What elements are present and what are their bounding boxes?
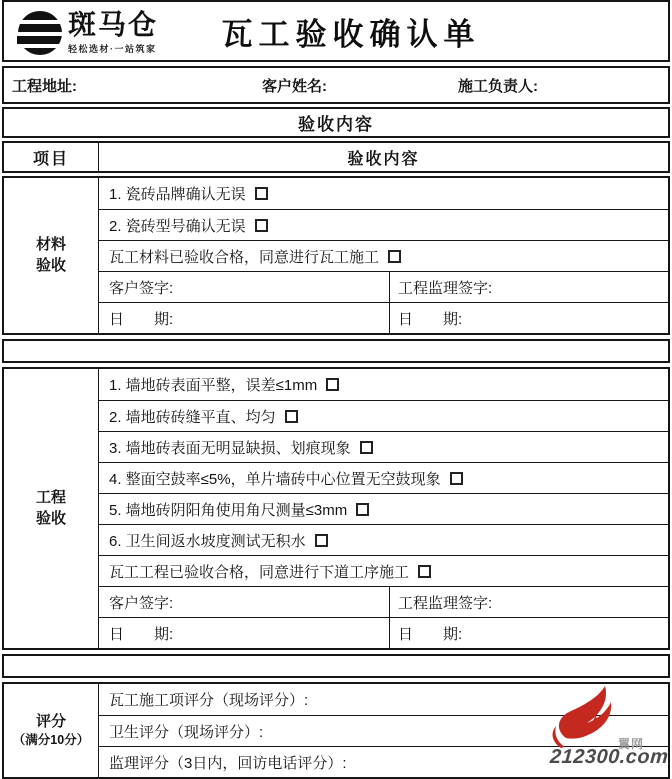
material-check-item: 2. 瓷砖型号确认无误 <box>99 209 668 240</box>
checkbox-icon[interactable] <box>388 250 401 263</box>
brand-logo: 斑马仓 轻松选材·一站筑家 <box>17 10 158 61</box>
construction-manager-field[interactable]: 施工负责人: <box>450 75 668 96</box>
checkbox-icon[interactable] <box>285 410 298 423</box>
material-acceptance-section: 材料 验收 1. 瓷砖品牌确认无误 2. 瓷砖型号确认无误 瓦工材料已验收合格，… <box>2 176 670 335</box>
hygiene-score-field[interactable]: 卫生评分（现场评分）: <box>109 721 263 742</box>
material-date-row: 日 期: 日 期: <box>99 302 668 333</box>
engineering-check-item: 3. 墙地砖表面无明显缺损、划痕现象 <box>99 431 668 462</box>
engineering-signature-row: 客户签字: 工程监理签字: <box>99 586 668 617</box>
checkbox-icon[interactable] <box>360 441 373 454</box>
date-field[interactable]: 日 期: <box>389 303 668 333</box>
checkbox-icon[interactable] <box>326 378 339 391</box>
zebra-ball-icon <box>17 10 63 61</box>
material-approval-item: 瓦工材料已验收合格，同意进行瓦工施工 <box>99 240 668 271</box>
supervisor-score-field[interactable]: 监理评分（3日内，回访电话评分）: <box>109 752 347 773</box>
acceptance-content-title: 验收内容 <box>2 107 670 138</box>
date-field[interactable]: 日 期: <box>99 618 389 648</box>
scoring-section: 评分 （满分10分） 瓦工施工项评分（现场评分）: 卫生评分（现场评分）: 监理… <box>2 682 670 779</box>
material-check-item: 1. 瓷砖品牌确认无误 <box>99 178 668 209</box>
page-title: 瓦工验收确认单 <box>192 9 481 54</box>
customer-signature-field[interactable]: 客户签字: <box>99 587 389 617</box>
scoring-item: 瓦工施工项评分（现场评分）: <box>99 684 668 715</box>
date-field[interactable]: 日 期: <box>389 618 668 648</box>
material-signature-row: 客户签字: 工程监理签字: <box>99 271 668 302</box>
engineering-check-item: 4. 整面空鼓率≤5%，单片墙砖中心位置无空鼓现象 <box>99 462 668 493</box>
construction-score-field[interactable]: 瓦工施工项评分（现场评分）: <box>109 689 308 710</box>
content-column-header: 验收内容 <box>99 143 668 171</box>
scoring-item: 卫生评分（现场评分）: <box>99 715 668 746</box>
brand-tagline: 轻松选材·一站筑家 <box>68 42 158 55</box>
item-column-header: 项目 <box>4 143 99 171</box>
engineering-check-item: 5. 墙地砖阴阳角使用角尺测量≤3mm <box>99 493 668 524</box>
engineering-section-label: 工程 验收 <box>4 369 99 648</box>
checkbox-icon[interactable] <box>356 503 369 516</box>
customer-signature-field[interactable]: 客户签字: <box>99 272 389 302</box>
checkbox-icon[interactable] <box>255 187 268 200</box>
engineering-check-item: 6. 卫生间返水坡度测试无积水 <box>99 524 668 555</box>
checkbox-icon[interactable] <box>255 219 268 232</box>
engineering-check-item: 2. 墙地砖砖缝平直、均匀 <box>99 400 668 431</box>
engineering-check-item: 1. 墙地砖表面平整，误差≤1mm <box>99 369 668 400</box>
scoring-item: 监理评分（3日内，回访电话评分）: <box>99 746 668 777</box>
checkbox-icon[interactable] <box>315 534 328 547</box>
checkbox-icon[interactable] <box>450 472 463 485</box>
checkbox-icon[interactable] <box>418 565 431 578</box>
engineering-acceptance-section: 工程 验收 1. 墙地砖表面平整，误差≤1mm 2. 墙地砖砖缝平直、均匀 3.… <box>2 367 670 650</box>
form-header: 斑马仓 轻松选材·一站筑家 瓦工验收确认单 <box>2 0 670 62</box>
engineering-approval-item: 瓦工工程已验收合格，同意进行下道工序施工 <box>99 555 668 586</box>
project-info-row: 工程地址: 客户姓名: 施工负责人: <box>2 66 670 104</box>
supervisor-signature-field[interactable]: 工程监理签字: <box>389 587 668 617</box>
customer-name-field[interactable]: 客户姓名: <box>254 75 450 96</box>
engineering-date-row: 日 期: 日 期: <box>99 617 668 648</box>
supervisor-signature-field[interactable]: 工程监理签字: <box>389 272 668 302</box>
blank-spacer-row <box>2 339 670 363</box>
table-column-header: 项目 验收内容 <box>2 141 670 173</box>
date-field[interactable]: 日 期: <box>99 303 389 333</box>
project-address-field[interactable]: 工程地址: <box>4 75 254 96</box>
brand-name: 斑马仓 <box>68 10 158 41</box>
scoring-section-label: 评分 （满分10分） <box>4 684 99 777</box>
blank-spacer-row <box>2 654 670 678</box>
material-section-label: 材料 验收 <box>4 178 99 333</box>
